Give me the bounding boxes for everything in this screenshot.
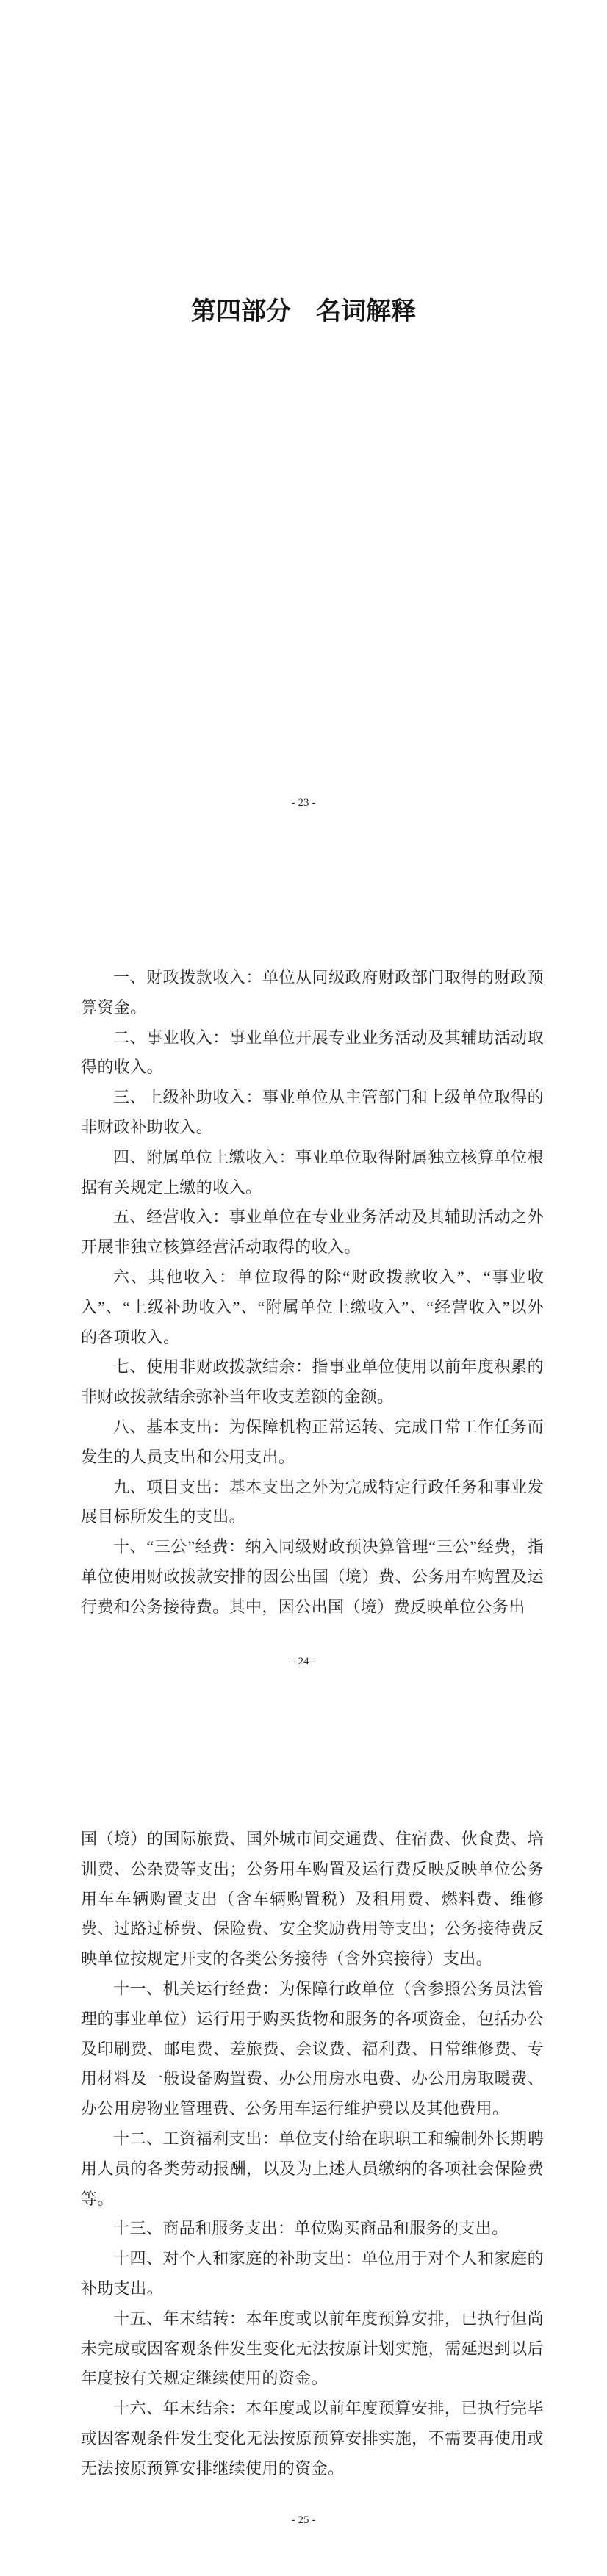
paragraph: 十六、年末结余：本年度或以前年度预算安排，已执行完毕或因客观条件发生变化无法按原… bbox=[81, 2394, 544, 2483]
document-page-24: 一、财政拨款收入：单位从同级政府财政部门取得的财政预算资金。二、事业收入：事业单… bbox=[0, 859, 607, 1717]
paragraph: 八、基本支出：为保障机构正常运转、完成日常工作任务而发生的人员支出和公用支出。 bbox=[81, 1413, 544, 1473]
document-title: 第四部分 名词解释 bbox=[0, 296, 607, 328]
page-number-24: - 24 - bbox=[0, 1655, 607, 1668]
paragraph: 七、使用非财政拨款结余：指事业单位使用以前年度积累的非财政拨款结余弥补当年收支差… bbox=[81, 1352, 544, 1413]
document-page-23: 第四部分 名词解释 - 23 - bbox=[0, 0, 607, 859]
document: 第四部分 名词解释 - 23 - 一、财政拨款收入：单位从同级政府财政部门取得的… bbox=[0, 0, 607, 2576]
body-text-page-25: 国（境）的国际旅费、国外城市间交通费、住宿费、伙食费、培训费、公杂费等支出；公务… bbox=[81, 1825, 544, 2484]
paragraph: 国（境）的国际旅费、国外城市间交通费、住宿费、伙食费、培训费、公杂费等支出；公务… bbox=[81, 1825, 544, 1974]
paragraph: 十四、对个人和家庭的补助支出：单位用于对个人和家庭的补助支出。 bbox=[81, 2244, 544, 2304]
paragraph: 十五、年末结转：本年度或以前年度预算安排，已执行但尚未完成或因客观条件发生变化无… bbox=[81, 2304, 544, 2394]
document-page-25: 国（境）的国际旅费、国外城市间交通费、住宿费、伙食费、培训费、公杂费等支出；公务… bbox=[0, 1717, 607, 2576]
paragraph: 十、“三公”经费：纳入同级财政预决算管理“三公”经费，指单位使用财政拨款安排的因… bbox=[81, 1532, 544, 1622]
paragraph: 九、项目支出：基本支出之外为完成特定行政任务和事业发展目标所发生的支出。 bbox=[81, 1473, 544, 1533]
paragraph: 五、经营收入：事业单位在专业业务活动及其辅助活动之外开展非独立核算经营活动取得的… bbox=[81, 1202, 544, 1263]
paragraph: 十三、商品和服务支出：单位购买商品和服务的支出。 bbox=[81, 2214, 544, 2244]
paragraph: 二、事业收入：事业单位开展专业业务活动及其辅助活动取得的收入。 bbox=[81, 1023, 544, 1083]
paragraph: 三、上级补助收入：事业单位从主管部门和上级单位取得的非财政补助收入。 bbox=[81, 1083, 544, 1143]
paragraph: 十二、工资福利支出：单位支付给在职职工和编制外长期聘用人员的各类劳动报酬，以及为… bbox=[81, 2124, 544, 2214]
page-number-25: - 25 - bbox=[0, 2514, 607, 2527]
page-number-23: - 23 - bbox=[0, 796, 607, 809]
paragraph: 四、附属单位上缴收入：事业单位取得附属独立核算单位根据有关规定上缴的收入。 bbox=[81, 1143, 544, 1203]
body-text-page-24: 一、财政拨款收入：单位从同级政府财政部门取得的财政预算资金。二、事业收入：事业单… bbox=[81, 963, 544, 1623]
paragraph: 十一、机关运行经费：为保障行政单位（含参照公务员法管理的事业单位）运行用于购买货… bbox=[81, 1974, 544, 2124]
paragraph: 六、其他收入：单位取得的除“财政拨款收入”、“事业收入”、“上级补助收入”、“附… bbox=[81, 1263, 544, 1352]
paragraph: 一、财政拨款收入：单位从同级政府财政部门取得的财政预算资金。 bbox=[81, 963, 544, 1023]
